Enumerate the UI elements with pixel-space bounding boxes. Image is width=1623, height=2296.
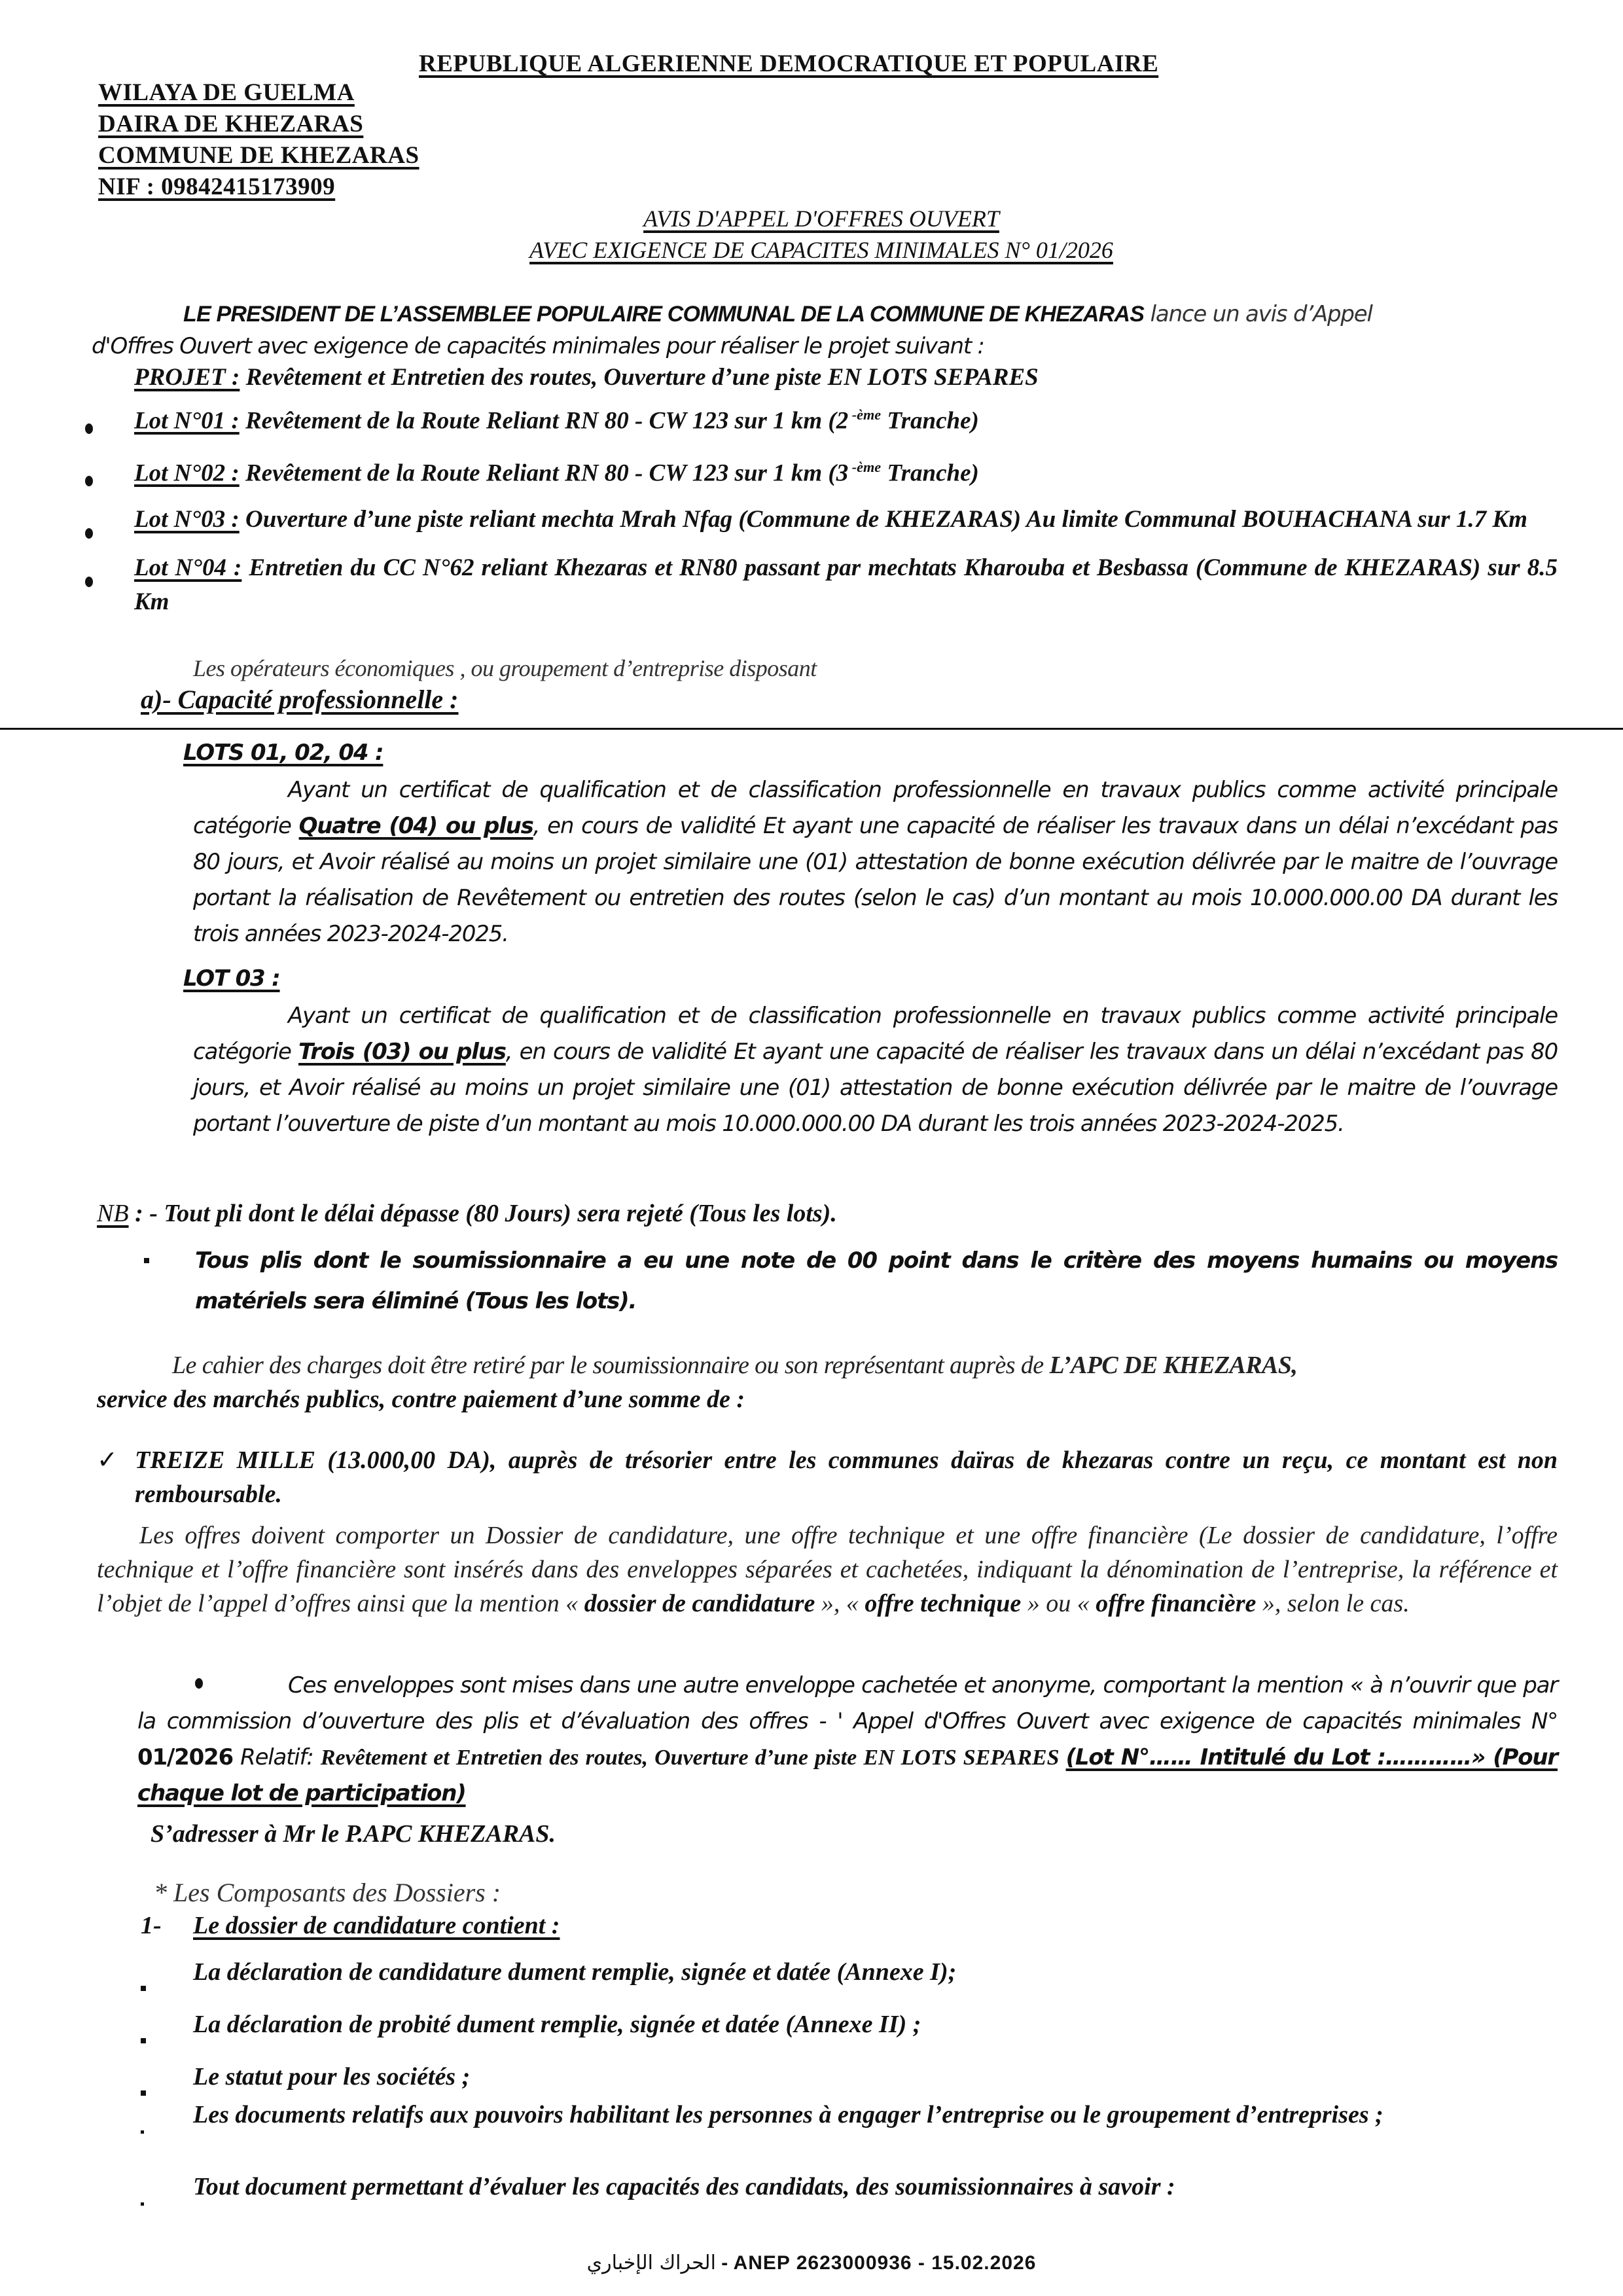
lot-tail: Tranche) xyxy=(881,459,979,486)
nb-text-2: Tous plis dont le soumissionnaire a eu u… xyxy=(195,1240,1558,1321)
operators-line: Les opérateurs économiques , ou groupeme… xyxy=(193,655,817,682)
composants-subheading: 1-Le dossier de candidature contient : xyxy=(141,1911,560,1940)
composants-list: La déclaration de candidature dument rem… xyxy=(141,1956,1515,2212)
nb-line-1: NB : - Tout pli dont le délai dépasse (8… xyxy=(97,1199,837,1228)
dash-icon xyxy=(141,2202,144,2206)
lot-item: Lot N°03 : Ouverture d’une piste reliant… xyxy=(85,503,1558,548)
lot-text: Revêtement de la Route Reliant RN 80 - C… xyxy=(240,407,849,434)
capacity-lot-03: LOT 03 : Ayant un certificat de qualific… xyxy=(183,965,1558,1142)
nif-line: NIF : 09842415173909 xyxy=(98,171,419,203)
list-item-text: Le statut pour les sociétés ; xyxy=(193,2060,1515,2093)
capacity-b-label: LOT 03 : xyxy=(183,965,1558,992)
composants-heading: * Les Composants des Dossiers : xyxy=(154,1877,501,1908)
envelopes-paragraph: Ces enveloppes sont mises dans une autre… xyxy=(137,1668,1558,1812)
offres-mid-2: » ou « xyxy=(1021,1590,1096,1617)
nb-line-2: Tous plis dont le soumissionnaire a eu u… xyxy=(144,1240,1558,1321)
offres-post: », selon le cas. xyxy=(1256,1590,1409,1617)
list-item: Le statut pour les sociétés ; xyxy=(141,2060,1515,2098)
footer: الحراك الإخباري - ANEP 2623000936 - 15.0… xyxy=(0,2251,1623,2274)
capacity-lots-01-02-04: LOTS 01, 02, 04 : Ayant un certificat de… xyxy=(183,740,1558,952)
capacity-a-label: LOTS 01, 02, 04 : xyxy=(183,740,1558,766)
intro-rest: lance un avis d’Appel xyxy=(1144,301,1372,327)
republic-heading: REPUBLIQUE ALGERIENNE DEMOCRATIQUE ET PO… xyxy=(419,50,1158,78)
list-item-text: Tout document permettant d’évaluer les c… xyxy=(193,2170,1515,2203)
project-text: Revêtement et Entretien des routes, Ouve… xyxy=(240,364,1038,391)
envelopes-text: Ces enveloppes sont mises dans une autre… xyxy=(137,1668,1558,1812)
lot-sup: -ème xyxy=(848,406,881,423)
title-line-1: AVIS D'APPEL D'OFFRES OUVERT xyxy=(643,206,999,232)
nb-text-1: : - Tout pli dont le délai dépasse (80 J… xyxy=(129,1200,837,1227)
lot-item: Lot N°04 : Entretien du CC N°62 reliant … xyxy=(85,551,1558,619)
wilaya-line: WILAYA DE GUELMA xyxy=(98,77,419,109)
lot-item: Lot N°02 : Revêtement de la Route Relian… xyxy=(85,450,1558,496)
offres-bold-3: offre financière xyxy=(1096,1590,1256,1617)
cahier-line-2: service des marchés publics, contre paie… xyxy=(97,1382,1558,1416)
lot-label: Lot N°02 : xyxy=(134,459,240,486)
list-item: Tout document permettant d’évaluer les c… xyxy=(141,2170,1515,2212)
offres-mid-1: », « xyxy=(815,1590,865,1617)
fee-text: TREIZE MILLE (13.000,00 DA), auprès de t… xyxy=(135,1443,1558,1511)
lot-text: Revêtement de la Route Reliant RN 80 - C… xyxy=(240,459,849,486)
lot-label: Lot N°01 : xyxy=(134,407,240,434)
list-item-text: La déclaration de candidature dument rem… xyxy=(193,1956,1515,1988)
title-line-2: AVEC EXIGENCE DE CAPACITES MINIMALES N° … xyxy=(529,237,1113,263)
check-icon: ✓ xyxy=(97,1443,135,1477)
dash-icon xyxy=(141,2090,146,2096)
cahier-bold: L’APC DE KHEZARAS, xyxy=(1049,1352,1297,1379)
bullet-icon xyxy=(85,577,93,587)
capacity-a-text: Ayant un certificat de qualification et … xyxy=(193,772,1558,952)
dash-icon xyxy=(141,2038,146,2043)
envelopes-number: 01/2026 xyxy=(137,1744,233,1770)
project-label: PROJET : xyxy=(134,364,240,391)
capacity-b-text: Ayant un certificat de qualification et … xyxy=(193,998,1558,1142)
sub-label: Le dossier de candidature contient : xyxy=(193,1912,560,1939)
offres-bold-2: offre technique xyxy=(865,1590,1021,1617)
list-item: La déclaration de probité dument remplie… xyxy=(141,2008,1515,2060)
lot-sup: -ème xyxy=(848,459,881,475)
capacity-a-category: Quatre (04) ou plus xyxy=(299,813,533,839)
list-item: La déclaration de candidature dument rem… xyxy=(141,1956,1515,2008)
lot-label: Lot N°04 : xyxy=(134,554,241,581)
project-line: PROJET : Revêtement et Entretien des rou… xyxy=(134,361,1039,394)
commune-line: COMMUNE DE KHEZARAS xyxy=(98,140,419,171)
daira-line: DAIRA DE KHEZARAS xyxy=(98,109,419,140)
bullet-icon xyxy=(85,423,93,434)
intro-paragraph: LE PRESIDENT DE L’ASSEMBLEE POPULAIRE CO… xyxy=(98,298,1558,362)
cahier-text: Le cahier des charges doit être retiré p… xyxy=(172,1352,1049,1379)
dash-icon xyxy=(141,2130,144,2134)
intro-line-2: d'Offres Ouvert avec exigence de capacit… xyxy=(92,331,1558,362)
lot-item: Lot N°01 : Revêtement de la Route Relian… xyxy=(85,398,1558,444)
bullet-icon xyxy=(85,528,93,539)
lot-text: Ouverture d’une piste reliant mechta Mra… xyxy=(240,506,1527,533)
intro-bold: LE PRESIDENT DE L’ASSEMBLEE POPULAIRE CO… xyxy=(183,302,1144,327)
nb-label: NB xyxy=(97,1200,129,1227)
issuer-block: WILAYA DE GUELMA DAIRA DE KHEZARAS COMMU… xyxy=(98,77,419,203)
sub-number: 1- xyxy=(141,1911,193,1940)
lot-label: Lot N°03 : xyxy=(134,506,240,533)
list-item: Les documents relatifs aux pouvoirs habi… xyxy=(141,2098,1515,2170)
bullet-icon xyxy=(85,476,93,486)
section-divider xyxy=(0,728,1623,730)
list-item-text: Les documents relatifs aux pouvoirs habi… xyxy=(193,2098,1515,2131)
dash-icon xyxy=(144,1258,149,1263)
envelopes-object: Revêtement et Entretien des routes, Ouve… xyxy=(321,1746,1066,1770)
lot-tail: Tranche) xyxy=(881,407,979,434)
list-item-text: La déclaration de probité dument remplie… xyxy=(193,2008,1515,2041)
envelopes-pre: Ces enveloppes sont mises dans une autre… xyxy=(137,1672,1558,1734)
dash-icon xyxy=(141,1986,146,1991)
offres-paragraph: Les offres doivent comporter un Dossier … xyxy=(97,1518,1558,1621)
bullet-icon xyxy=(195,1678,203,1689)
fee-item: ✓ TREIZE MILLE (13.000,00 DA), auprès de… xyxy=(97,1443,1558,1511)
capacity-b-category: Trois (03) ou plus xyxy=(298,1039,506,1065)
notice-title: AVIS D'APPEL D'OFFRES OUVERT AVEC EXIGEN… xyxy=(0,203,1623,266)
footer-arabic: الحراك الإخباري xyxy=(587,2251,716,2274)
address-line: S’adresser à Mr le P.APC KHEZARAS. xyxy=(151,1820,556,1848)
lot-text: Entretien du CC N°62 reliant Khezaras et… xyxy=(134,554,1558,615)
footer-reference: - ANEP 2623000936 - 15.02.2026 xyxy=(716,2252,1036,2274)
capacity-heading: a)- Capacité professionnelle : xyxy=(141,684,459,715)
envelopes-relatif: Relatif: xyxy=(233,1744,321,1770)
cahier-paragraph: Le cahier des charges doit être retiré p… xyxy=(97,1348,1558,1416)
lots-list: Lot N°01 : Revêtement de la Route Relian… xyxy=(85,398,1558,619)
offres-bold-1: dossier de candidature xyxy=(584,1590,815,1617)
